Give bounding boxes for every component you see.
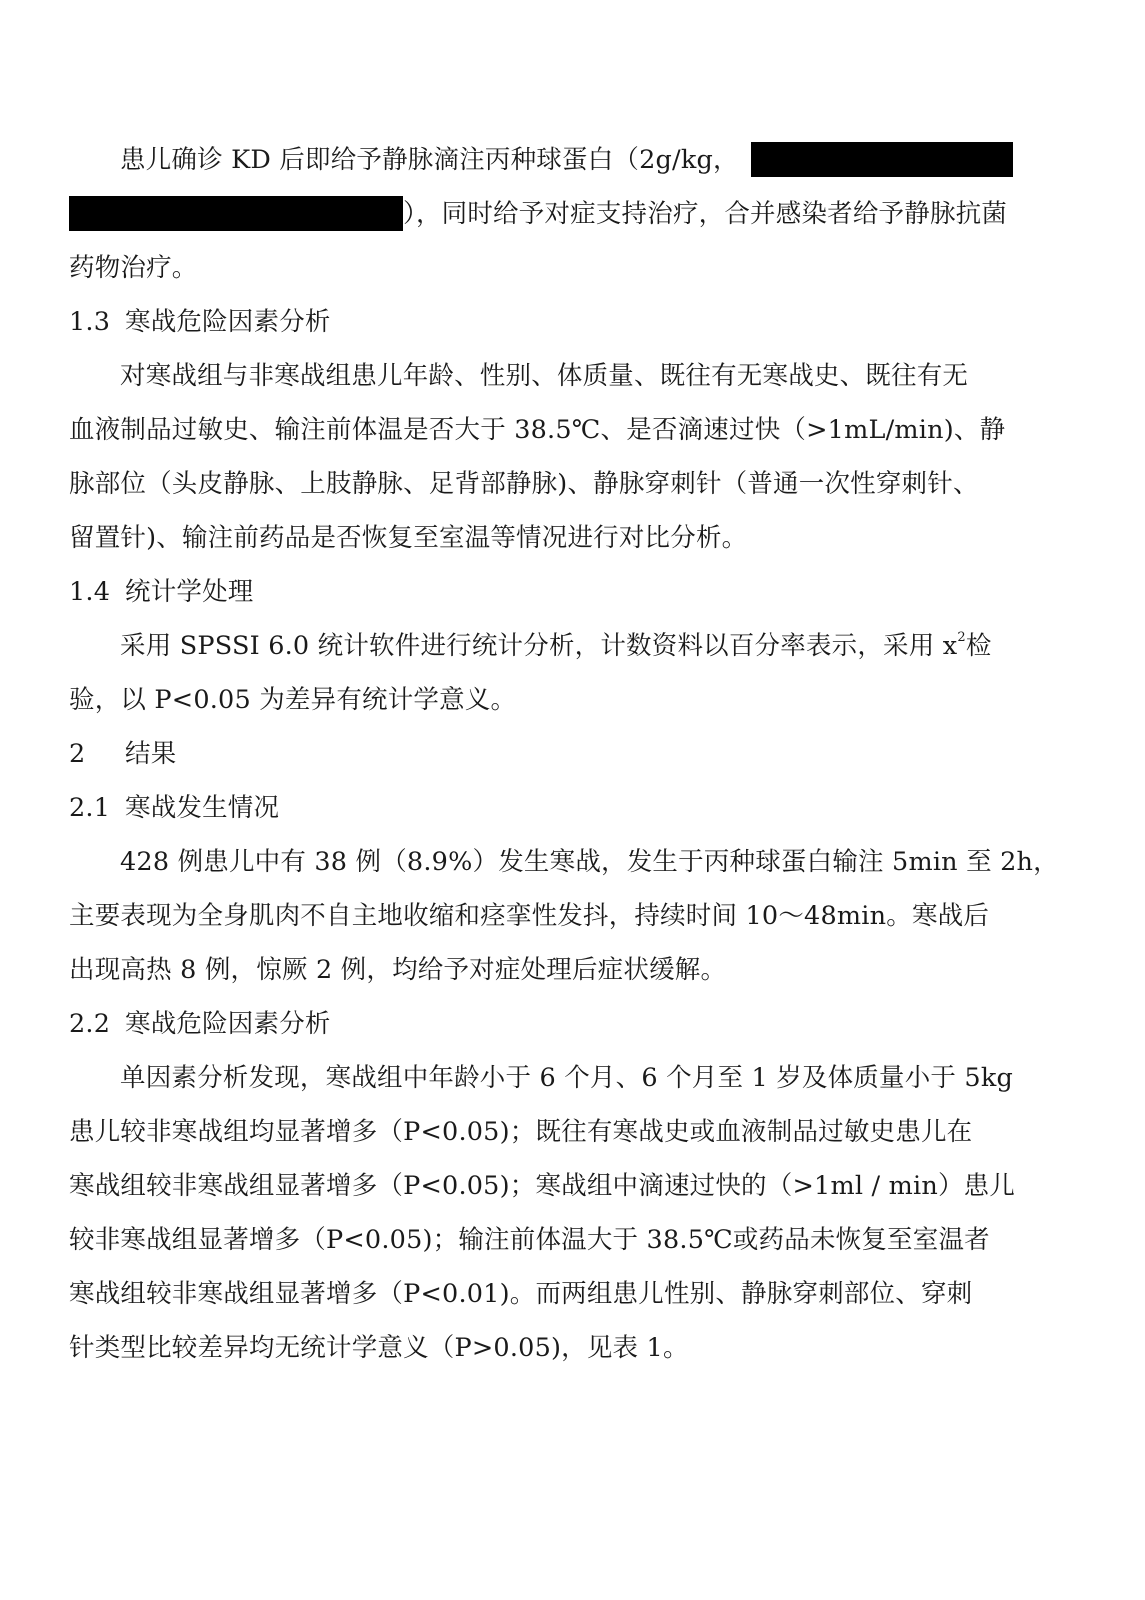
paragraph-line: 留置针)、输注前药品是否恢复至室温等情况进行对比分析。: [69, 511, 1041, 565]
section-title: 结果: [125, 739, 176, 769]
paragraph-text: 428 例患儿中有 38 例（8.9%）发生寒战，发生于丙种球蛋白输注 5min…: [120, 847, 1059, 877]
section-title: 寒战危险因素分析: [125, 1009, 331, 1039]
paragraph-line: 患儿确诊 KD 后即给予静脉滴注丙种球蛋白（2g/kg，: [69, 133, 1041, 187]
section-title: 寒战发生情况: [125, 793, 279, 823]
paragraph-text: 较非寒战组显著增多（P<0.05)；输注前体温大于 38.5℃或药品未恢复至室温…: [69, 1225, 990, 1255]
paragraph-line: 脉部位（头皮静脉、上肢静脉、足背部静脉)、静脉穿刺针（普通一次性穿刺针、: [69, 457, 1041, 511]
section-number: 2: [69, 727, 125, 781]
section-title: 统计学处理: [125, 577, 254, 607]
section-heading-2-2: 2.2寒战危险因素分析: [69, 997, 1041, 1051]
paragraph-line: 主要表现为全身肌肉不自主地收缩和痉挛性发抖，持续时间 10～48min。寒战后: [69, 889, 1041, 943]
paragraph-text: 采用 SPSSI 6.0 统计软件进行统计分析，计数资料以百分率表示，采用 x: [120, 631, 957, 661]
superscript: 2: [957, 630, 965, 645]
paragraph-text: 药物治疗。: [69, 253, 198, 283]
section-heading-2-1: 2.1寒战发生情况: [69, 781, 1041, 835]
paragraph-text: 寒战组较非寒战组显著增多（P<0.01)。而两组患儿性别、静脉穿刺部位、穿刺: [69, 1279, 972, 1309]
paragraph-text: 单因素分析发现，寒战组中年龄小于 6 个月、6 个月至 1 岁及体质量小于 5k…: [120, 1063, 1013, 1093]
paragraph-line: 药物治疗。: [69, 241, 1041, 295]
paragraph-line: 428 例患儿中有 38 例（8.9%）发生寒战，发生于丙种球蛋白输注 5min…: [69, 835, 1041, 889]
section-title: 寒战危险因素分析: [125, 307, 331, 337]
redaction-box: [69, 196, 403, 231]
paragraph-text: ），同时给予对症支持治疗，合并感染者给予静脉抗菌: [403, 199, 1007, 229]
paragraph-text: 检: [966, 631, 992, 661]
paragraph-text: 验，以 P<0.05 为差异有统计学意义。: [69, 685, 516, 715]
paragraph-line: 单因素分析发现，寒战组中年龄小于 6 个月、6 个月至 1 岁及体质量小于 5k…: [69, 1051, 1041, 1105]
paragraph-text: 血液制品过敏史、输注前体温是否大于 38.5℃、是否滴速过快（>1mL/min)…: [69, 415, 1005, 445]
paragraph-text: 患儿确诊 KD 后即给予静脉滴注丙种球蛋白（2g/kg，: [120, 145, 739, 175]
section-number: 1.3: [69, 295, 125, 349]
paragraph-text: 脉部位（头皮静脉、上肢静脉、足背部静脉)、静脉穿刺针（普通一次性穿刺针、: [69, 469, 979, 499]
paragraph-text: 出现高热 8 例，惊厥 2 例，均给予对症处理后症状缓解。: [69, 955, 726, 985]
document-page: 患儿确诊 KD 后即给予静脉滴注丙种球蛋白（2g/kg， ），同时给予对症支持治…: [69, 133, 1041, 1375]
paragraph-line: 验，以 P<0.05 为差异有统计学意义。: [69, 673, 1041, 727]
paragraph-line: 寒战组较非寒战组显著增多（P<0.05)；寒战组中滴速过快的（>1ml / mi…: [69, 1159, 1041, 1213]
paragraph-line: 出现高热 8 例，惊厥 2 例，均给予对症处理后症状缓解。: [69, 943, 1041, 997]
paragraph-line: 对寒战组与非寒战组患儿年龄、性别、体质量、既往有无寒战史、既往有无: [69, 349, 1041, 403]
paragraph-text: 患儿较非寒战组均显著增多（P<0.05)；既往有寒战史或血液制品过敏史患儿在: [69, 1117, 972, 1147]
paragraph-text: 针类型比较差异均无统计学意义（P>0.05)，见表 1。: [69, 1333, 689, 1363]
paragraph-text: 对寒战组与非寒战组患儿年龄、性别、体质量、既往有无寒战史、既往有无: [120, 361, 968, 391]
section-heading-2: 2结果: [69, 727, 1041, 781]
paragraph-line: 采用 SPSSI 6.0 统计软件进行统计分析，计数资料以百分率表示，采用 x2…: [69, 619, 1041, 673]
section-heading-1-4: 1.4统计学处理: [69, 565, 1041, 619]
section-number: 2.2: [69, 997, 125, 1051]
paragraph-line: ），同时给予对症支持治疗，合并感染者给予静脉抗菌: [69, 187, 1041, 241]
section-heading-1-3: 1.3寒战危险因素分析: [69, 295, 1041, 349]
paragraph-line: 较非寒战组显著增多（P<0.05)；输注前体温大于 38.5℃或药品未恢复至室温…: [69, 1213, 1041, 1267]
paragraph-text: 寒战组较非寒战组显著增多（P<0.05)；寒战组中滴速过快的（>1ml / mi…: [69, 1171, 1015, 1201]
paragraph-line: 患儿较非寒战组均显著增多（P<0.05)；既往有寒战史或血液制品过敏史患儿在: [69, 1105, 1041, 1159]
section-number: 1.4: [69, 565, 125, 619]
paragraph-line: 寒战组较非寒战组显著增多（P<0.01)。而两组患儿性别、静脉穿刺部位、穿刺: [69, 1267, 1041, 1321]
redaction-box: [751, 142, 1013, 177]
section-number: 2.1: [69, 781, 125, 835]
paragraph-line: 针类型比较差异均无统计学意义（P>0.05)，见表 1。: [69, 1321, 1041, 1375]
paragraph-text: 留置针)、输注前药品是否恢复至室温等情况进行对比分析。: [69, 523, 747, 553]
paragraph-line: 血液制品过敏史、输注前体温是否大于 38.5℃、是否滴速过快（>1mL/min)…: [69, 403, 1041, 457]
paragraph-text: 主要表现为全身肌肉不自主地收缩和痉挛性发抖，持续时间 10～48min。寒战后: [69, 901, 989, 931]
